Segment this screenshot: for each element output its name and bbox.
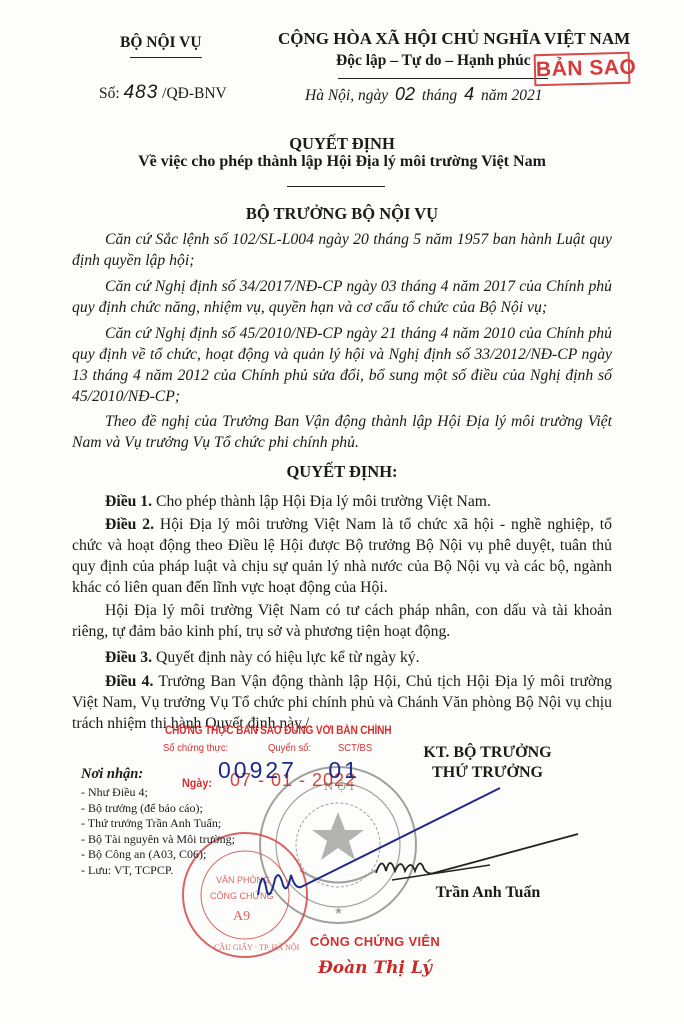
svg-text:A9: A9 — [233, 909, 250, 924]
signatory-role-line-2: THỨ TRƯỞNG — [400, 764, 575, 782]
place-prefix: Hà Nội, ngày — [305, 87, 388, 104]
article-text: Cho phép thành lập Hội Địa lý môi trường… — [156, 493, 491, 510]
svg-text:★: ★ — [334, 906, 343, 917]
recipient-item: - Bộ Công an (A03, C06); — [81, 847, 235, 863]
article-2-paragraph-2: Hội Địa lý môi trường Việt Nam có tư các… — [72, 600, 612, 642]
document-page: BỘ NỘI VỤ Số: 483 /QĐ-BNV CỘNG HÒA XÃ HỘ… — [0, 0, 684, 1024]
notary-signature — [258, 788, 500, 895]
nation-title: CỘNG HÒA XÃ HỘI CHỦ NGHĨA VIỆT NAM — [278, 29, 630, 49]
certification-book-number: 01 — [328, 757, 360, 783]
preamble-4: Theo đề nghị của Trưởng Ban Vận động thà… — [72, 411, 612, 453]
motto-underline — [338, 78, 548, 79]
recipients-list: - Như Điều 4; - Bộ trưởng (để báo cáo); … — [81, 785, 235, 878]
notary-title: CÔNG CHỨNG VIÊN — [300, 934, 450, 949]
minister-signature — [376, 834, 578, 874]
recipient-item: - Bộ Tài nguyên và Môi trường; — [81, 832, 235, 848]
svg-text:CẦU GIẤY · TP. HÀ NỘI: CẦU GIẤY · TP. HÀ NỘI — [214, 942, 300, 952]
recipient-item: - Bộ trưởng (để báo cáo); — [81, 801, 235, 817]
preamble-1: Căn cứ Sắc lệnh số 102/SL-L004 ngày 20 t… — [72, 229, 612, 271]
signatory-role-line-1: KT. BỘ TRƯỞNG — [400, 744, 575, 762]
date-year: năm 2021 — [481, 87, 543, 104]
article-label: Điều 2. — [105, 516, 154, 533]
article-2: Điều 2. Hội Địa lý môi trường Việt Nam l… — [72, 514, 612, 598]
decision-heading: QUYẾT ĐỊNH: — [0, 462, 684, 482]
document-subject: Về việc cho phép thành lập Hội Địa lý mô… — [0, 153, 684, 171]
recipient-item: - Như Điều 4; — [81, 785, 235, 801]
organization-underline — [130, 57, 202, 58]
recipient-item: - Lưu: VT, TCPCP. — [81, 863, 235, 879]
article-label: Điều 4. — [105, 673, 153, 690]
doc-number-prefix: Số: — [99, 85, 120, 102]
preamble-3: Căn cứ Nghị định số 45/2010/NĐ-CP ngày 2… — [72, 323, 612, 407]
preamble-2: Căn cứ Nghị định số 34/2017/NĐ-CP ngày 0… — [72, 276, 612, 318]
article-label: Điều 3. — [105, 649, 152, 666]
title-divider — [287, 186, 385, 187]
recipient-item: - Thứ trưởng Trần Anh Tuấn; — [81, 816, 235, 832]
place-and-date: Hà Nội, ngày 02 tháng 4 năm 2021 — [305, 84, 543, 105]
certification-book-series: SCT/BS — [338, 742, 372, 754]
article-text: Hội Địa lý môi trường Việt Nam có tư các… — [72, 602, 612, 640]
doc-number-suffix: /QĐ-BNV — [162, 85, 227, 102]
signatory-name: Trần Anh Tuấn — [413, 884, 563, 902]
national-motto: Độc lập – Tự do – Hạnh phúc — [336, 52, 531, 70]
doc-number-value: 483 — [124, 82, 159, 103]
article-3: Điều 3. Quyết định này có hiệu lực kể từ… — [72, 647, 612, 668]
certification-number-label: Số chứng thực: — [163, 742, 228, 754]
article-text: Trưởng Ban Vận động thành lập Hội, Chủ t… — [72, 673, 612, 732]
issuing-organization: BỘ NỘI VỤ — [120, 34, 202, 52]
month-label: tháng — [422, 87, 457, 104]
article-1: Điều 1. Cho phép thành lập Hội Địa lý mô… — [72, 491, 612, 512]
article-text: Quyết định này có hiệu lực kể từ ngày ký… — [156, 649, 420, 666]
certification-book-label: Quyển số: — [268, 742, 311, 754]
certification-number-value: 00927 — [218, 757, 297, 783]
recipients-title: Nơi nhận: — [81, 766, 143, 783]
certification-title: CHỨNG THỰC BẢN SAO ĐÚNG VỚI BẢN CHÍNH — [165, 725, 391, 737]
copy-stamp: BẢN SAO — [534, 52, 631, 87]
issuing-authority: BỘ TRƯỞNG BỘ NỘI VỤ — [0, 204, 684, 224]
document-number: Số: 483 /QĐ-BNV — [99, 82, 227, 104]
date-month: 4 — [464, 84, 474, 104]
svg-text:CÔNG CHỨNG: CÔNG CHỨNG — [210, 891, 274, 901]
notary-name: Đoàn Thị Lý — [300, 958, 450, 978]
article-label: Điều 1. — [105, 493, 152, 510]
certification-number: 00927 01 — [218, 757, 360, 784]
date-day: 02 — [395, 84, 415, 104]
document-type: QUYẾT ĐỊNH — [0, 134, 684, 154]
